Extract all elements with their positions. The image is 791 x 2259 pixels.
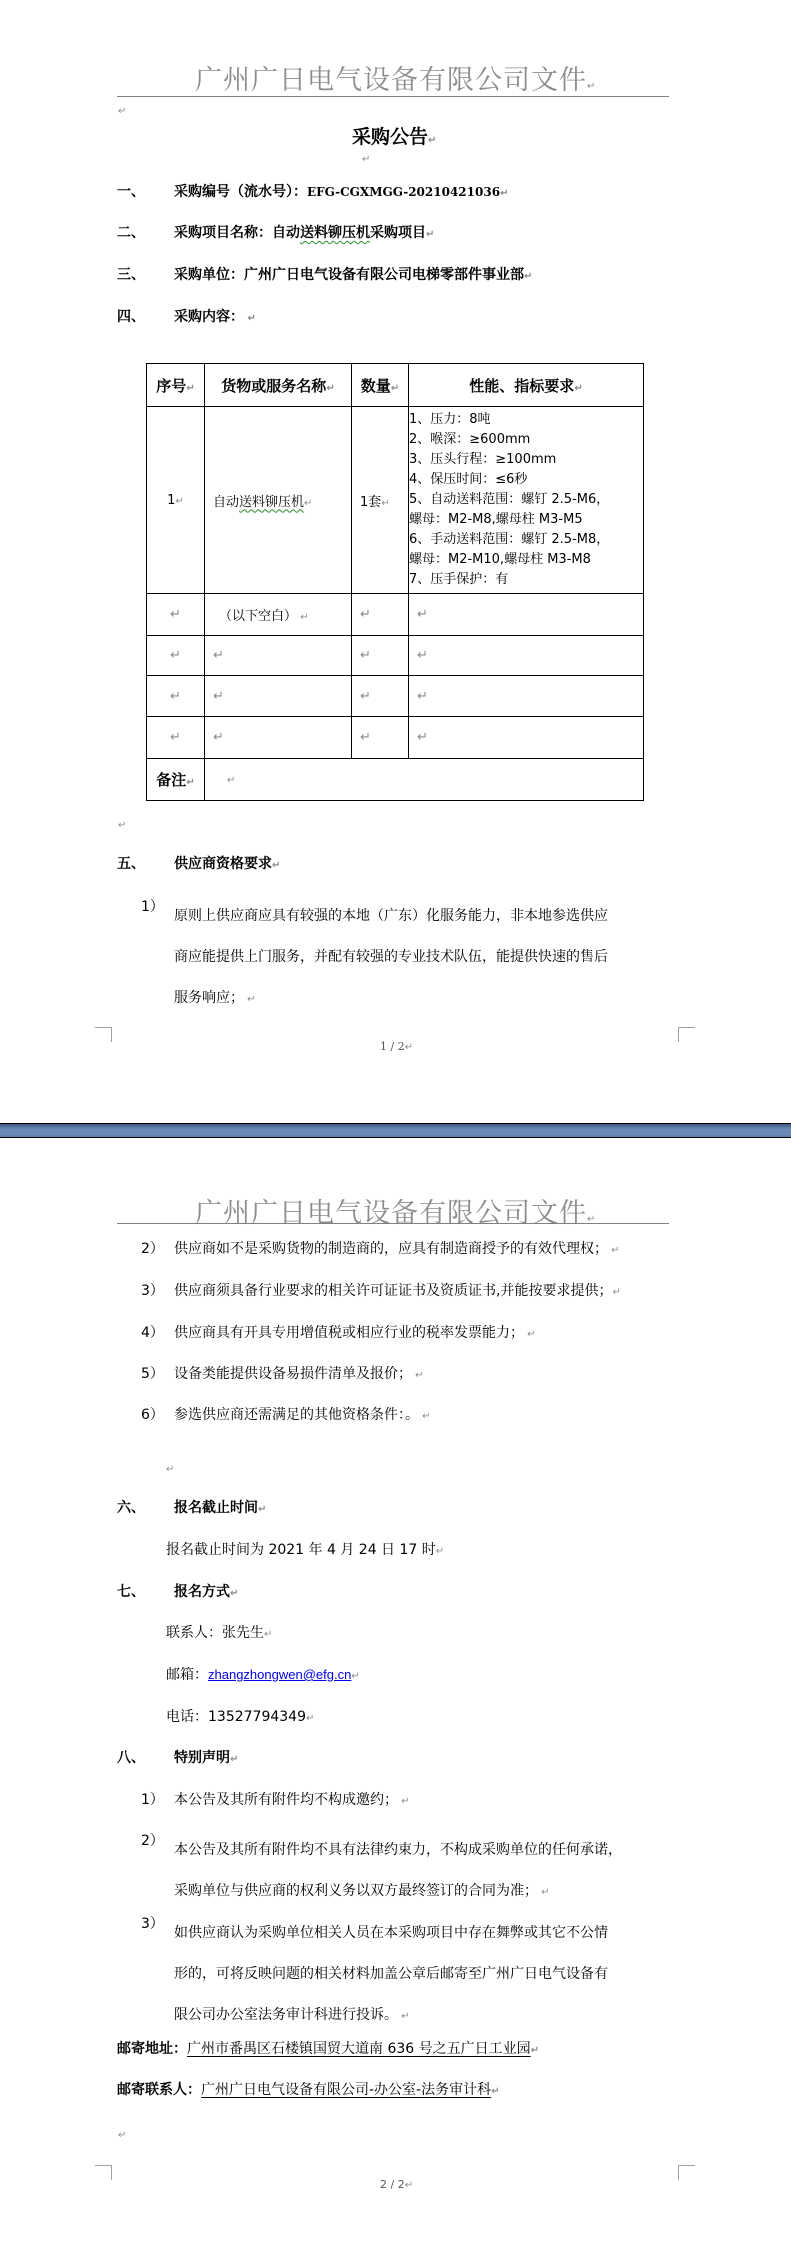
page-divider [0,1123,791,1138]
table-row: ↵ ↵ ↵ ↵ [147,717,644,759]
table-header-row: 序号↵ 货物或服务名称↵ 数量↵ 性能、指标要求↵ [147,364,644,407]
page-footer: 1 / 2↵ [380,1040,413,1053]
spec-line: 螺母：M2-M8,螺母柱 M3-M5 [409,510,643,530]
mailing-contact: 邮寄联系人：广州广日电气设备有限公司-办公室-法务审计科↵ [117,2079,500,2099]
project-name: 采购项目名称：自动送料铆压机采购项目↵ [174,222,434,242]
statement-item: 本公告及其所有附件均不构成邀约； ↵ [174,1789,410,1809]
procurement-number: 采购编号（流水号）：EFG-CGXMGG-20210421036↵ [174,181,508,201]
document-header-title: 广州广日电气设备有限公司文件↵ [195,1191,596,1230]
page-corner-mark [95,1027,112,1042]
paragraph-mark-icon: ↵ [524,271,532,282]
header-item-name: 货物或服务名称↵ [205,364,352,407]
section-procurement-number: 一、 [117,181,145,201]
spec-line: 1、压力：8吨 [409,410,643,430]
remark-label: 备注↵ [147,759,205,801]
cell-specs: 1、压力：8吨 2、喉深：≥600mm 3、压头行程：≥100mm 4、保压时间… [409,407,644,594]
paragraph-mark-icon: ↵ [118,820,126,831]
procurement-table: 序号↵ 货物或服务名称↵ 数量↵ 性能、指标要求↵ 1↵ 自动送料铆压机↵ 1套… [146,363,644,801]
contact-phone: 电话：13527794349↵ [166,1706,314,1726]
page-corner-mark [678,1027,695,1042]
contact-email: 邮箱：zhangzhongwen@efg.cn↵ [166,1664,360,1684]
qualification-item-number: 1） [141,896,164,916]
email-link[interactable]: zhangzhongwen@efg.cn [208,1667,351,1682]
cell-item-name: （以下空白） ↵ [205,594,352,636]
spec-line: 螺母：M2-M10,螺母柱 M3-M8 [409,550,643,570]
section-procurement-content: 四、 [117,306,145,326]
table-row: ↵ （以下空白） ↵ ↵ ↵ [147,594,644,636]
qualification-item: 参选供应商还需满足的其他资格条件：。 ↵ [174,1404,431,1424]
spec-line: 7、压手保护：有 [409,570,643,590]
section-project-name: 二、 [117,222,145,242]
header-specs: 性能、指标要求↵ [409,364,644,407]
header-rule [117,96,669,97]
statement-item: 本公告及其所有附件均不具有法律约束力，不构成采购单位的任何承诺， 采购单位与供应… [174,1830,622,1913]
deadline-heading: 报名截止时间↵ [174,1497,266,1517]
spec-line: 3、压头行程：≥100mm [409,450,643,470]
contact-person: 联系人：张先生↵ [166,1622,272,1642]
header-rule [117,1223,669,1224]
supplier-qualifications-heading: 供应商资格要求↵ [174,853,280,873]
remark-value: ↵ [205,759,644,801]
page-corner-mark [95,2165,112,2180]
page-title: 采购公告↵ [352,122,436,149]
cell-index: 1↵ [147,407,205,594]
document-header-title: 广州广日电气设备有限公司文件↵ [195,58,596,97]
statement-item: 如供应商认为采购单位相关人员在本采购项目中存在舞弊或其它不公情 形的，可将反映问… [174,1913,608,2037]
section-supplier-qualifications: 五、 [117,853,145,873]
header-index: 序号↵ [147,364,205,407]
table-row: ↵ ↵ ↵ ↵ [147,676,644,717]
qualification-item: 供应商具有开具专用增值税或相应行业的税率发票能力； ↵ [174,1322,536,1342]
header-quantity: 数量↵ [352,364,409,407]
spec-line: 6、手动送料范围：螺钉 2.5-M8， [409,530,643,550]
cell-item-name: 自动送料铆压机↵ [205,407,352,594]
section-procurement-unit: 三、 [117,264,145,284]
paragraph-mark-icon: ↵ [587,81,596,92]
paragraph-mark-icon: ↵ [362,154,370,165]
statements-heading: 特别声明↵ [174,1747,238,1767]
registration-heading: 报名方式↵ [174,1581,238,1601]
paragraph-mark-icon: ↵ [166,1464,174,1475]
table-row: ↵ ↵ ↵ ↵ [147,636,644,676]
paragraph-mark-icon: ↵ [244,313,256,324]
page-corner-mark [678,2165,695,2180]
table-remark-row: 备注↵ ↵ [147,759,644,801]
page-footer: 2 / 2↵ [380,2178,413,2191]
page-2: 广州广日电气设备有限公司文件↵ 2） 供应商如不是采购货物的制造商的，应具有制造… [0,1138,791,2259]
paragraph-mark-icon: ↵ [426,229,434,240]
qualification-item: 设备类能提供设备易损件清单及报价； ↵ [174,1363,424,1383]
spec-line: 2、喉深：≥600mm [409,430,643,450]
page-1: 广州广日电气设备有限公司文件↵ ↵ 采购公告↵ ↵ 一、 采购编号（流水号）：E… [0,0,791,1123]
qualification-item: 供应商须具备行业要求的相关许可证证书及资质证书,并能按要求提供；↵ [174,1280,621,1300]
procurement-unit: 采购单位：广州广日电气设备有限公司电梯零部件事业部↵ [174,264,532,284]
mailing-address: 邮寄地址：广州市番禺区石楼镇国贸大道南 636 号之五广日工业园↵ [117,2038,539,2058]
spec-line: 5、自动送料范围：螺钉 2.5-M6， [409,490,643,510]
cell-quantity: 1套↵ [352,407,409,594]
paragraph-mark-icon: ↵ [500,188,508,199]
paragraph-mark-icon: ↵ [118,2130,126,2141]
paragraph-mark-icon: ↵ [428,135,436,146]
qualification-item: 原则上供应商应具有较强的本地（广东）化服务能力，非本地参选供应 商应能提供上门服… [174,896,608,1020]
table-row: 1↵ 自动送料铆压机↵ 1套↵ 1、压力：8吨 2、喉深：≥600mm 3、压头… [147,407,644,594]
deadline-text: 报名截止时间为 2021 年 4 月 24 日 17 时↵ [166,1539,444,1559]
spec-line: 4、保压时间：≤6秒 [409,470,643,490]
procurement-content-label: 采购内容： ↵ [174,306,256,326]
qualification-item: 供应商如不是采购货物的制造商的，应具有制造商授予的有效代理权； ↵ [174,1238,620,1258]
paragraph-mark-icon: ↵ [118,106,126,117]
